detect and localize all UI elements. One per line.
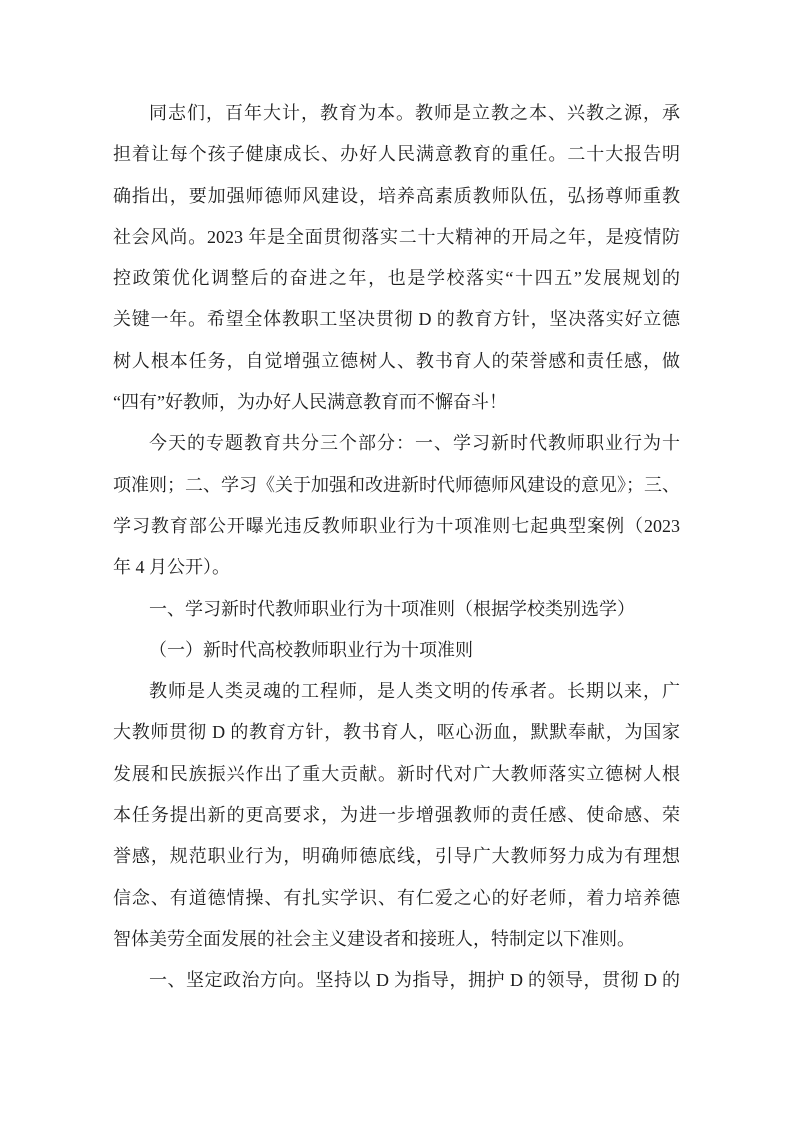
text-line: 誉感，规范职业行为，明确师德底线，引导广大教师努力成为有理想	[113, 836, 680, 877]
text-line: 今天的专题教育共分三个部分：一、学习新时代教师职业行为十	[113, 423, 680, 464]
text-line: 一、学习新时代教师职业行为十项准则（根据学校类别选学）	[113, 589, 680, 630]
paragraph: 同志们，百年大计，教育为本。教师是立教之本、兴教之源，承担着让每个孩子健康成长、…	[113, 93, 680, 423]
text-line: 项准则；二、学习《关于加强和改进新时代师德师风建设的意见》；三、	[113, 465, 680, 506]
document-page: 同志们，百年大计，教育为本。教师是立教之本、兴教之源，承担着让每个孩子健康成长、…	[0, 0, 793, 1122]
text-line: 同志们，百年大计，教育为本。教师是立教之本、兴教之源，承	[113, 93, 680, 134]
document-body: 同志们，百年大计，教育为本。教师是立教之本、兴教之源，承担着让每个孩子健康成长、…	[0, 0, 793, 1002]
text-line: 树人根本任务，自觉增强立德树人、教书育人的荣誉感和责任感，做	[113, 341, 680, 382]
text-line: 信念、有道德情操、有扎实学识、有仁爱之心的好老师，着力培养德	[113, 878, 680, 919]
text-line: “四有”好教师，为办好人民满意教育而不懈奋斗！	[113, 382, 680, 423]
text-line: 社会风尚。2023 年是全面贯彻落实二十大精神的开局之年，是疫情防	[113, 217, 680, 258]
text-line: 学习教育部公开曝光违反教师职业行为十项准则七起典型案例（2023	[113, 506, 680, 547]
text-line: 确指出，要加强师德师风建设，培养高素质教师队伍，弘扬尊师重教	[113, 176, 680, 217]
text-line: 教师是人类灵魂的工程师，是人类文明的传承者。长期以来，广	[113, 671, 680, 712]
text-line: 大教师贯彻 D 的教育方针，教书育人，呕心沥血，默默奉献，为国家	[113, 712, 680, 753]
paragraph: 一、学习新时代教师职业行为十项准则（根据学校类别选学）	[113, 589, 680, 630]
text-line: 关键一年。希望全体教职工坚决贯彻 D 的教育方针，坚决落实好立德	[113, 299, 680, 340]
text-line: 担着让每个孩子健康成长、办好人民满意教育的重任。二十大报告明	[113, 134, 680, 175]
text-line: 发展和民族振兴作出了重大贡献。新时代对广大教师落实立德树人根	[113, 754, 680, 795]
text-line: 智体美劳全面发展的社会主义建设者和接班人，特制定以下准则。	[113, 919, 680, 960]
text-line: 年 4 月公开）。	[113, 547, 680, 588]
paragraph: 教师是人类灵魂的工程师，是人类文明的传承者。长期以来，广大教师贯彻 D 的教育方…	[113, 671, 680, 960]
paragraph: 今天的专题教育共分三个部分：一、学习新时代教师职业行为十项准则；二、学习《关于加…	[113, 423, 680, 588]
text-line: （一）新时代高校教师职业行为十项准则	[113, 630, 680, 671]
text-line: 一、坚定政治方向。坚持以 D 为指导，拥护 D 的领导，贯彻 D 的	[113, 960, 680, 1001]
text-line: 本任务提出新的更高要求，为进一步增强教师的责任感、使命感、荣	[113, 795, 680, 836]
text-line: 控政策优化调整后的奋进之年，也是学校落实“十四五”发展规划的	[113, 258, 680, 299]
paragraph: 一、坚定政治方向。坚持以 D 为指导，拥护 D 的领导，贯彻 D 的	[113, 960, 680, 1001]
paragraph: （一）新时代高校教师职业行为十项准则	[113, 630, 680, 671]
